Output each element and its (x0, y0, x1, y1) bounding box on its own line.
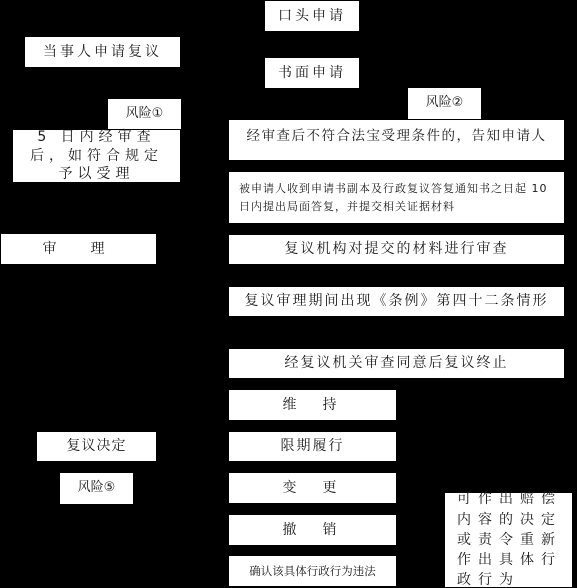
node-change: 变 更 (229, 473, 396, 503)
node-confirm-illegal: 确认该具体行政行为违法 (229, 556, 396, 586)
node-termination: 经复议机关审查同意后复议终止 (229, 349, 564, 378)
node-uphold: 维 持 (229, 390, 396, 420)
node-compensation-note: 可作出赔偿内容的决定或责令重新作出具体行政行为 (445, 493, 572, 587)
node-respondent-reply: 被申请人收到申请书副本及行政复议答复通知书之日起 10 日内提出局面答复，并提交… (229, 172, 564, 223)
node-written-application: 书面申请 (265, 58, 359, 88)
node-accept-within-5-days: 5 日内经审查后，如符合规定予以受理 (13, 130, 180, 182)
node-not-meet-conditions: 经审查后不符合法宝受理条件的，告知申请人 (229, 120, 564, 160)
risk-label-1: 风险① (108, 99, 181, 129)
risk-label-2: 风险② (408, 88, 481, 119)
node-review: 审 理 (1, 234, 156, 264)
node-revoke: 撤 销 (229, 515, 396, 545)
node-oral-application: 口头申请 (265, 1, 359, 31)
risk-label-5: 风险⑤ (60, 473, 133, 504)
node-party-applies: 当事人申请复议 (25, 37, 180, 67)
node-article-42-situation: 复议审理期间出现《条例》第四十二条情形 (229, 287, 564, 316)
node-decision: 复议决定 (37, 432, 156, 461)
node-agency-reviews-materials: 复议机构对提交的材料进行审查 (229, 235, 564, 264)
node-perform-within-deadline: 限期履行 (229, 432, 396, 461)
